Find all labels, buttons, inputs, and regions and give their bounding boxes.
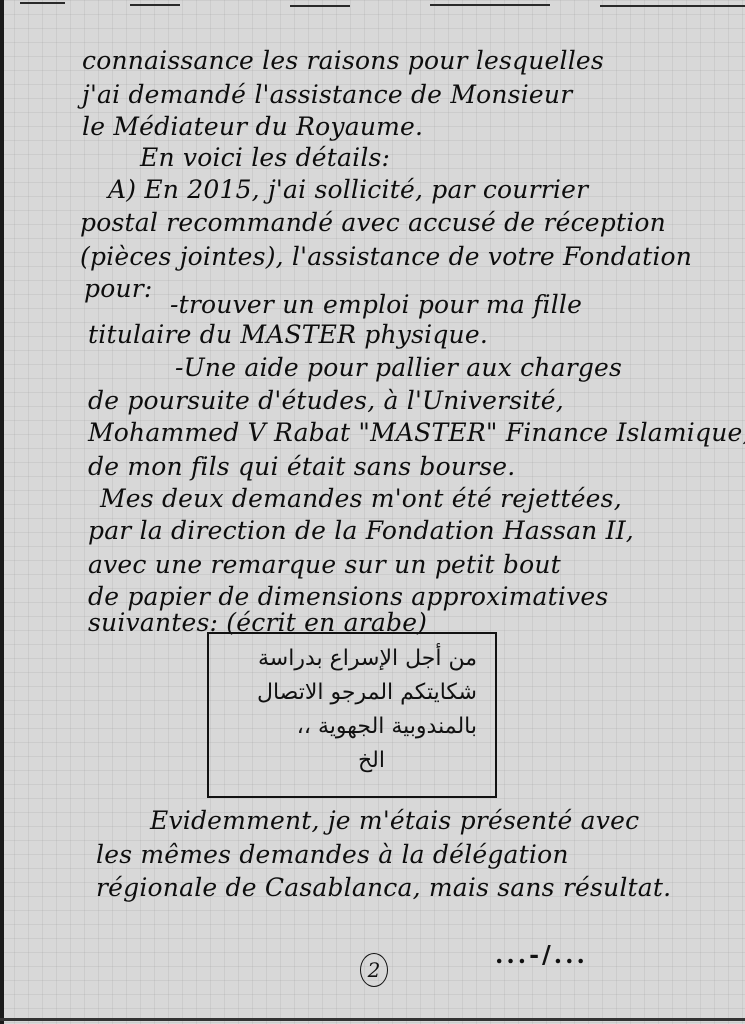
text-line: Mohammed V Rabat "MASTER" Finance Islami… [88,418,745,447]
text-line: régionale de Casablanca, mais sans résul… [96,873,671,902]
text-line: postal recommandé avec accusé de récepti… [80,208,666,237]
text-line: avec une remarque sur un petit bout [88,550,561,579]
arabic-note-box: من أجل الإسراع بدراسة شكايتكم المرجو الا… [207,632,497,798]
arabic-note-line: الخ [358,748,385,773]
scan-artifact-line [0,1018,745,1021]
scan-artifact-line [290,5,350,7]
text-line: A) En 2015, j'ai sollicité, par courrier [108,175,588,204]
arabic-note-line: بالمندوبية الجهوية ،، [297,714,477,739]
arabic-note-line: شكايتكم المرجو الاتصال [257,680,477,705]
text-line: (pièces jointes), l'assistance de votre … [80,242,692,271]
text-line: de papier de dimensions approximatives [88,582,608,611]
scan-artifact-line [600,5,745,7]
text-line: -trouver un emploi pour ma fille [170,290,582,319]
arabic-note-line: من أجل الإسراع بدراسة [258,646,477,671]
scan-left-edge [0,0,4,1024]
text-line: j'ai demandé l'assistance de Monsieur [82,80,572,109]
text-line: pour: [84,274,153,303]
text-line: connaissance les raisons pour lesquelles [82,46,604,75]
scan-artifact-line [20,2,65,4]
text-line: -Une aide pour pallier aux charges [175,353,622,382]
text-line: de poursuite d'études, à l'Université, [88,386,564,415]
scan-artifact-line [130,4,180,6]
text-line: Mes deux demandes m'ont été rejettées, [100,484,622,513]
text-line: le Médiateur du Royaume. [82,112,423,141]
text-line: titulaire du MASTER physique. [88,320,488,349]
text-line: les mêmes demandes à la délégation [96,840,569,869]
text-line: Evidemment, je m'étais présenté avec [150,806,639,835]
text-line: par la direction de la Fondation Hassan … [88,516,634,545]
page-number: 2 [360,953,388,987]
scan-artifact-line [430,4,550,6]
text-line: de mon fils qui était sans bourse. [88,452,515,481]
text-line: En voici les détails: [140,143,390,172]
scanned-page: connaissance les raisons pour lesquelles… [0,0,745,1024]
continuation-mark: ...-/... [495,940,588,969]
